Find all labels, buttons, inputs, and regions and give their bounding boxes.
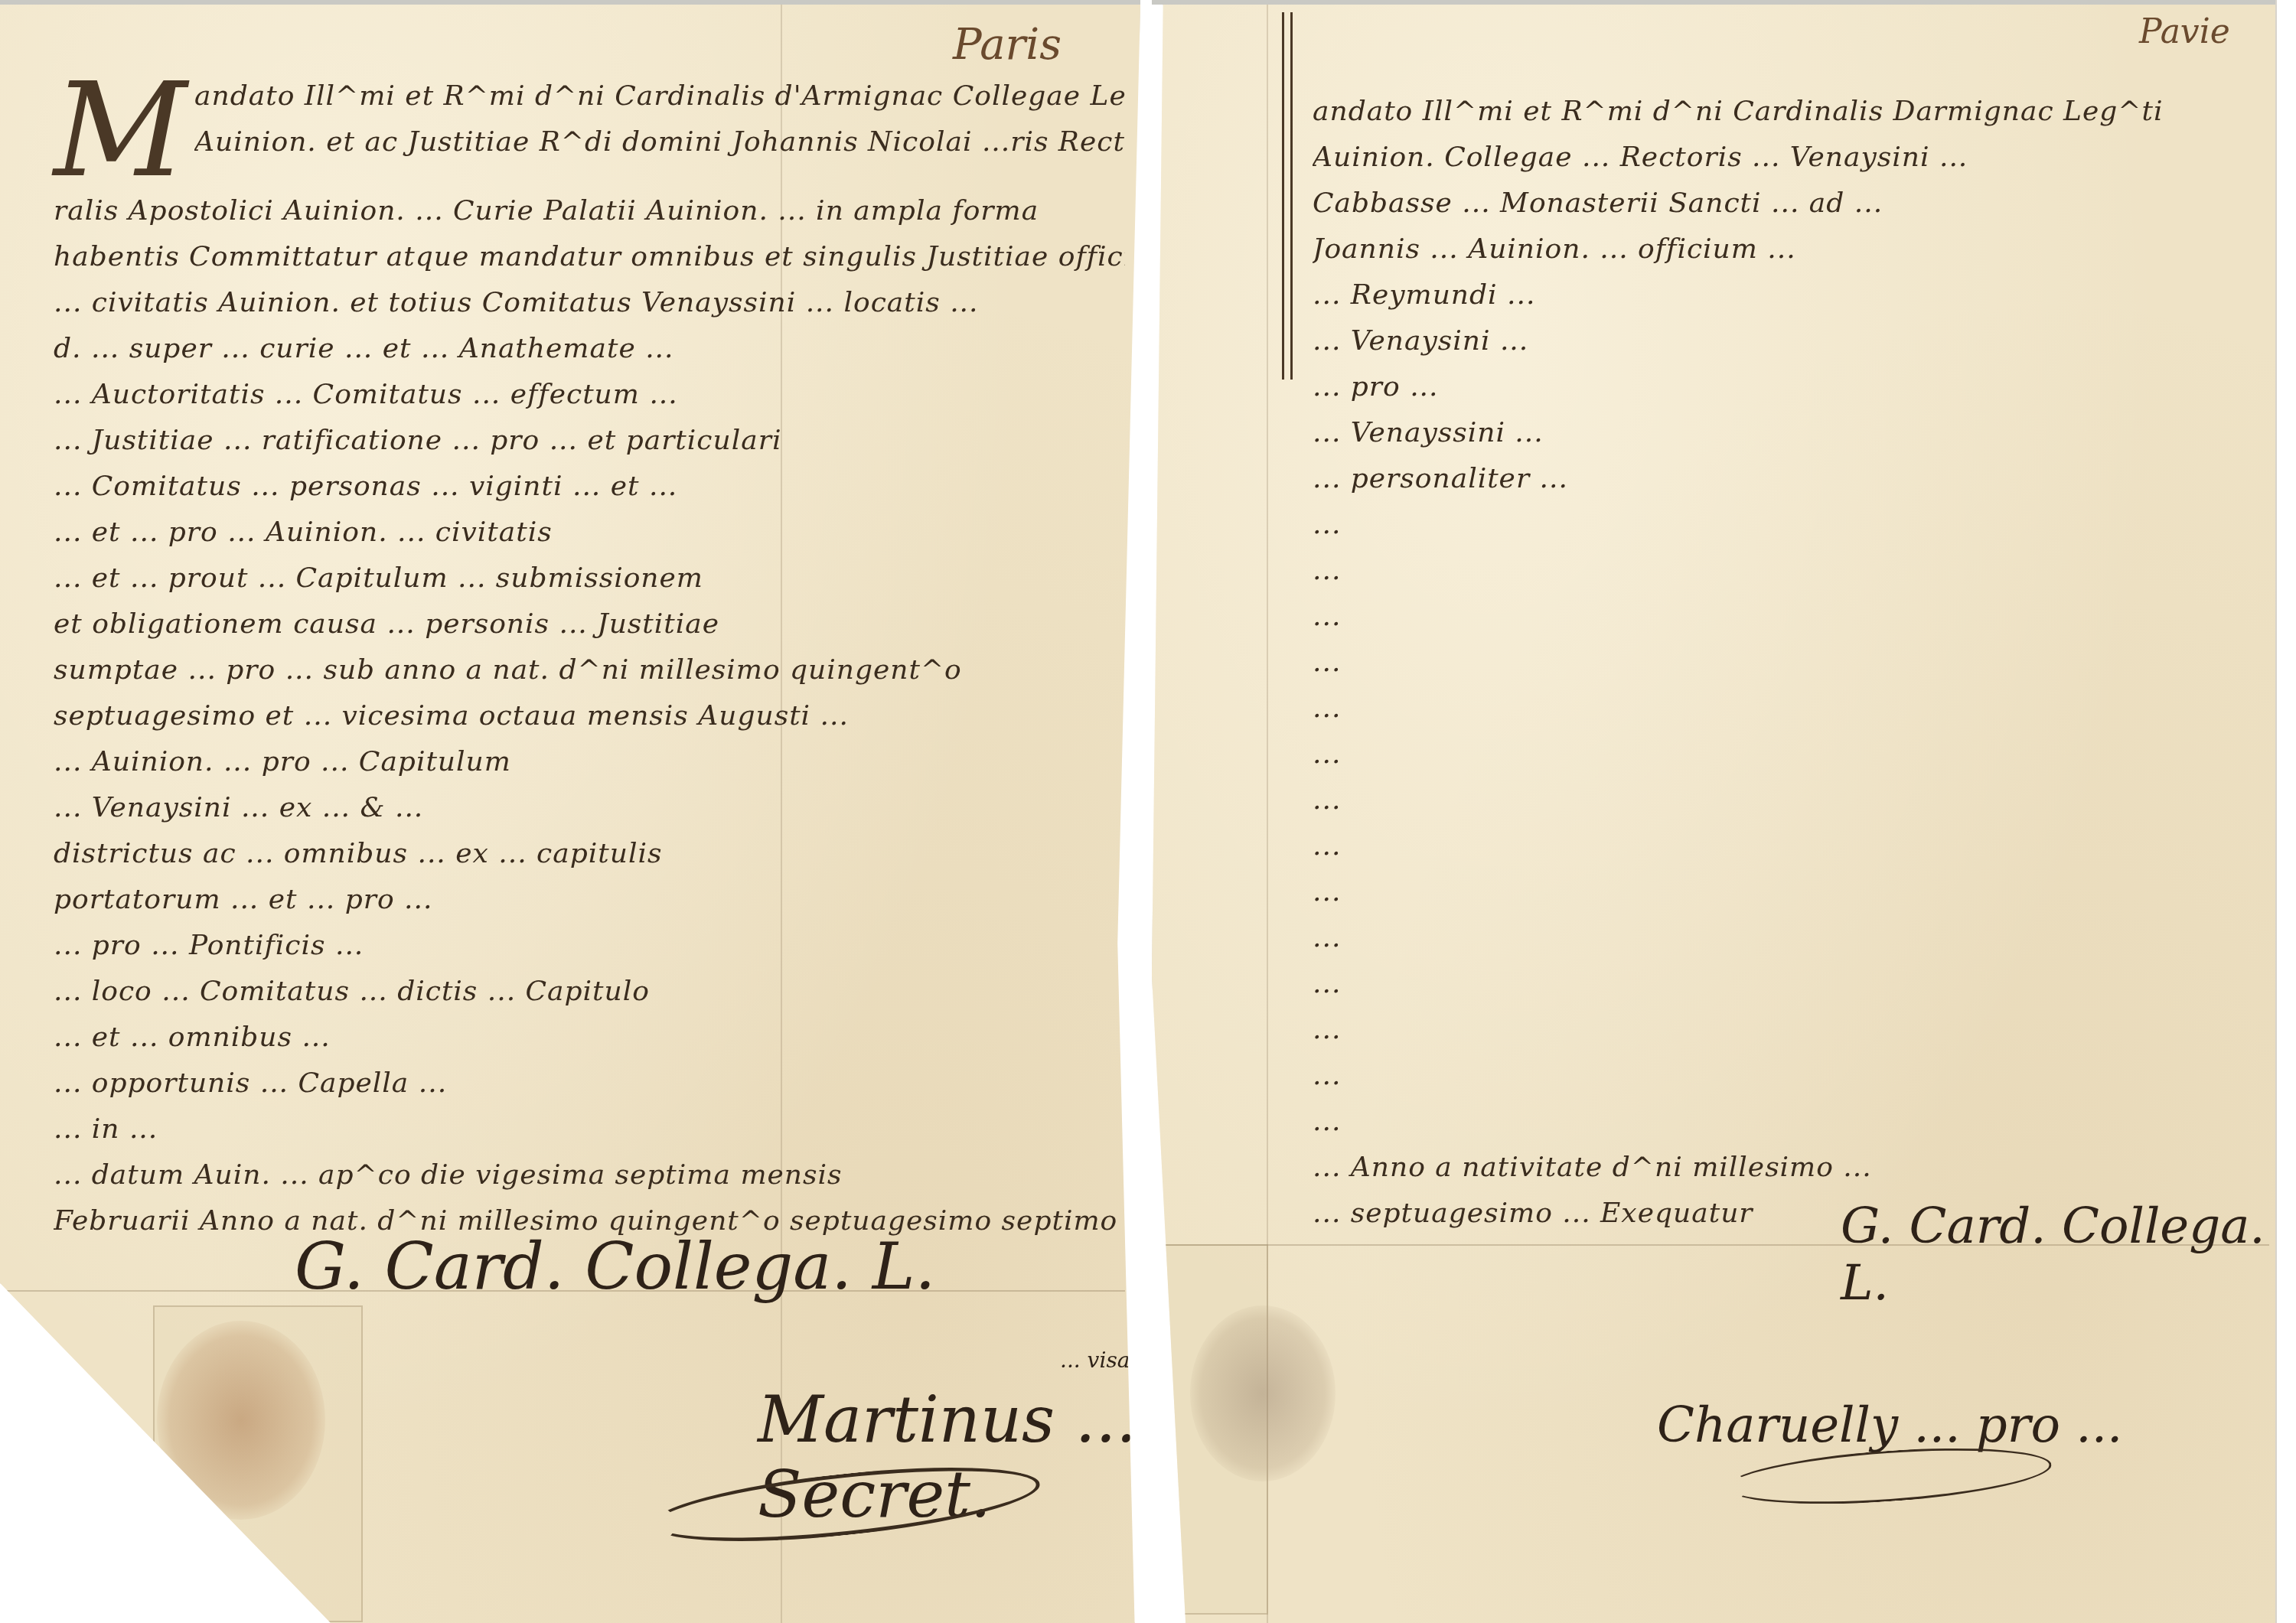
- text-line: ... Comitatus ... personas ... viginti .…: [54, 464, 1125, 510]
- text-line: ... personaliter ...: [1313, 456, 2262, 502]
- decorated-initial: [1282, 12, 1293, 380]
- text-line: ...: [1313, 915, 2262, 961]
- text-line: ... Venayssini ...: [1313, 410, 2262, 456]
- text-line: habentis Committatur atque mandatur omni…: [54, 234, 1125, 280]
- text-line: ... et ... pro ... Auinion. ... civitati…: [54, 510, 1125, 556]
- place-note: Paris: [953, 20, 1062, 70]
- text-line: Auinion. Collegae ... Rectoris ... Venay…: [1313, 135, 2262, 181]
- text-line: d. ... super ... curie ... et ... Anathe…: [54, 326, 1125, 372]
- manuscript-body: andato Ill^mi et R^mi d^ni Cardinalis Da…: [1313, 89, 2262, 1237]
- text-line: ...: [1313, 777, 2262, 823]
- text-line: ... opportunis ... Capella ...: [54, 1061, 1125, 1106]
- text-line: ...: [1313, 548, 2262, 594]
- text-line: ... pro ...: [1313, 364, 2262, 410]
- text-line: ...: [1313, 869, 2262, 915]
- text-line: Cabbasse ... Monasterii Sancti ... ad ..…: [1313, 181, 2262, 227]
- text-line: ...: [1313, 961, 2262, 1007]
- text-line: Joannis ... Auinion. ... officium ...: [1313, 227, 2262, 272]
- text-line: ... loco ... Comitatus ... dictis ... Ca…: [54, 969, 1125, 1015]
- signature-cardinal: G. Card. Collega. L.: [295, 1229, 935, 1304]
- text-line: ... Venaysini ...: [1313, 318, 2262, 364]
- text-line: sumptae ... pro ... sub anno a nat. d^ni…: [54, 647, 1125, 693]
- text-line: ... et ... omnibus ...: [54, 1015, 1125, 1061]
- text-line: ...: [1313, 640, 2262, 686]
- text-line: ...: [1313, 1053, 2262, 1099]
- text-line: ... in ...: [54, 1106, 1125, 1152]
- text-line: ... Reymundi ...: [1313, 272, 2262, 318]
- left-manuscript-leaf: Paris M andato Ill^mi et R^mi d^ni Cardi…: [0, 5, 1140, 1623]
- text-line: ...: [1313, 823, 2262, 869]
- text-line: ... civitatis Auinion. et totius Comitat…: [54, 280, 1125, 326]
- text-line: ... datum Auin. ... ap^co die vigesima s…: [54, 1152, 1125, 1198]
- text-line: ...: [1313, 732, 2262, 777]
- text-line: ...: [1313, 594, 2262, 640]
- text-line: ... Anno a nativitate d^ni millesimo ...: [1313, 1145, 2262, 1191]
- text-line: ... Auinion. ... pro ... Capitulum: [54, 739, 1125, 785]
- text-line: et obligationem causa ... personis ... J…: [54, 601, 1125, 647]
- wax-seal-stain: [157, 1321, 325, 1520]
- right-manuscript-leaf: Pavie andato Ill^mi et R^mi d^ni Cardina…: [1152, 5, 2277, 1623]
- text-line: ... Auctoritatis ... Comitatus ... effec…: [54, 372, 1125, 418]
- text-line: Auinion. et ac Justitiae R^di domini Joh…: [194, 119, 1125, 165]
- text-line: ...: [1313, 686, 2262, 732]
- text-line: ...: [1313, 502, 2262, 548]
- text-line: ralis Apostolici Auinion. ... Curie Pala…: [54, 188, 1125, 234]
- text-line: septuagesimo et ... vicesima octaua mens…: [54, 693, 1125, 739]
- text-line: districtus ac ... omnibus ... ex ... cap…: [54, 831, 1125, 877]
- place-note: Pavie: [2139, 12, 2230, 51]
- text-line: ... pro ... Pontificis ...: [54, 923, 1125, 969]
- text-line: ... Justitiae ... ratificatione ... pro …: [54, 418, 1125, 464]
- text-line: ... et ... prout ... Capitulum ... submi…: [54, 556, 1125, 601]
- manuscript-body: M andato Ill^mi et R^mi d^ni Cardinalis …: [54, 73, 1125, 1244]
- signature-cardinal: G. Card. Collega. L.: [1841, 1198, 2277, 1312]
- decorated-initial: M: [54, 73, 187, 188]
- text-line: andato Ill^mi et R^mi d^ni Cardinalis Da…: [1313, 89, 2262, 135]
- signature-note: ... visa: [1060, 1348, 1130, 1373]
- text-line: ...: [1313, 1099, 2262, 1145]
- text-line: portatorum ... et ... pro ...: [54, 877, 1125, 923]
- signature-secretary: Charuelly ... pro ...: [1657, 1397, 2122, 1454]
- scan-right-edge: [2275, 0, 2296, 1623]
- text-line: andato Ill^mi et R^mi d^ni Cardinalis d'…: [194, 73, 1125, 119]
- page-gap: [1140, 0, 1152, 1623]
- text-line: ...: [1313, 1007, 2262, 1053]
- wax-seal-stain: [1190, 1305, 1336, 1481]
- text-line: ... Venaysini ... ex ... & ...: [54, 785, 1125, 831]
